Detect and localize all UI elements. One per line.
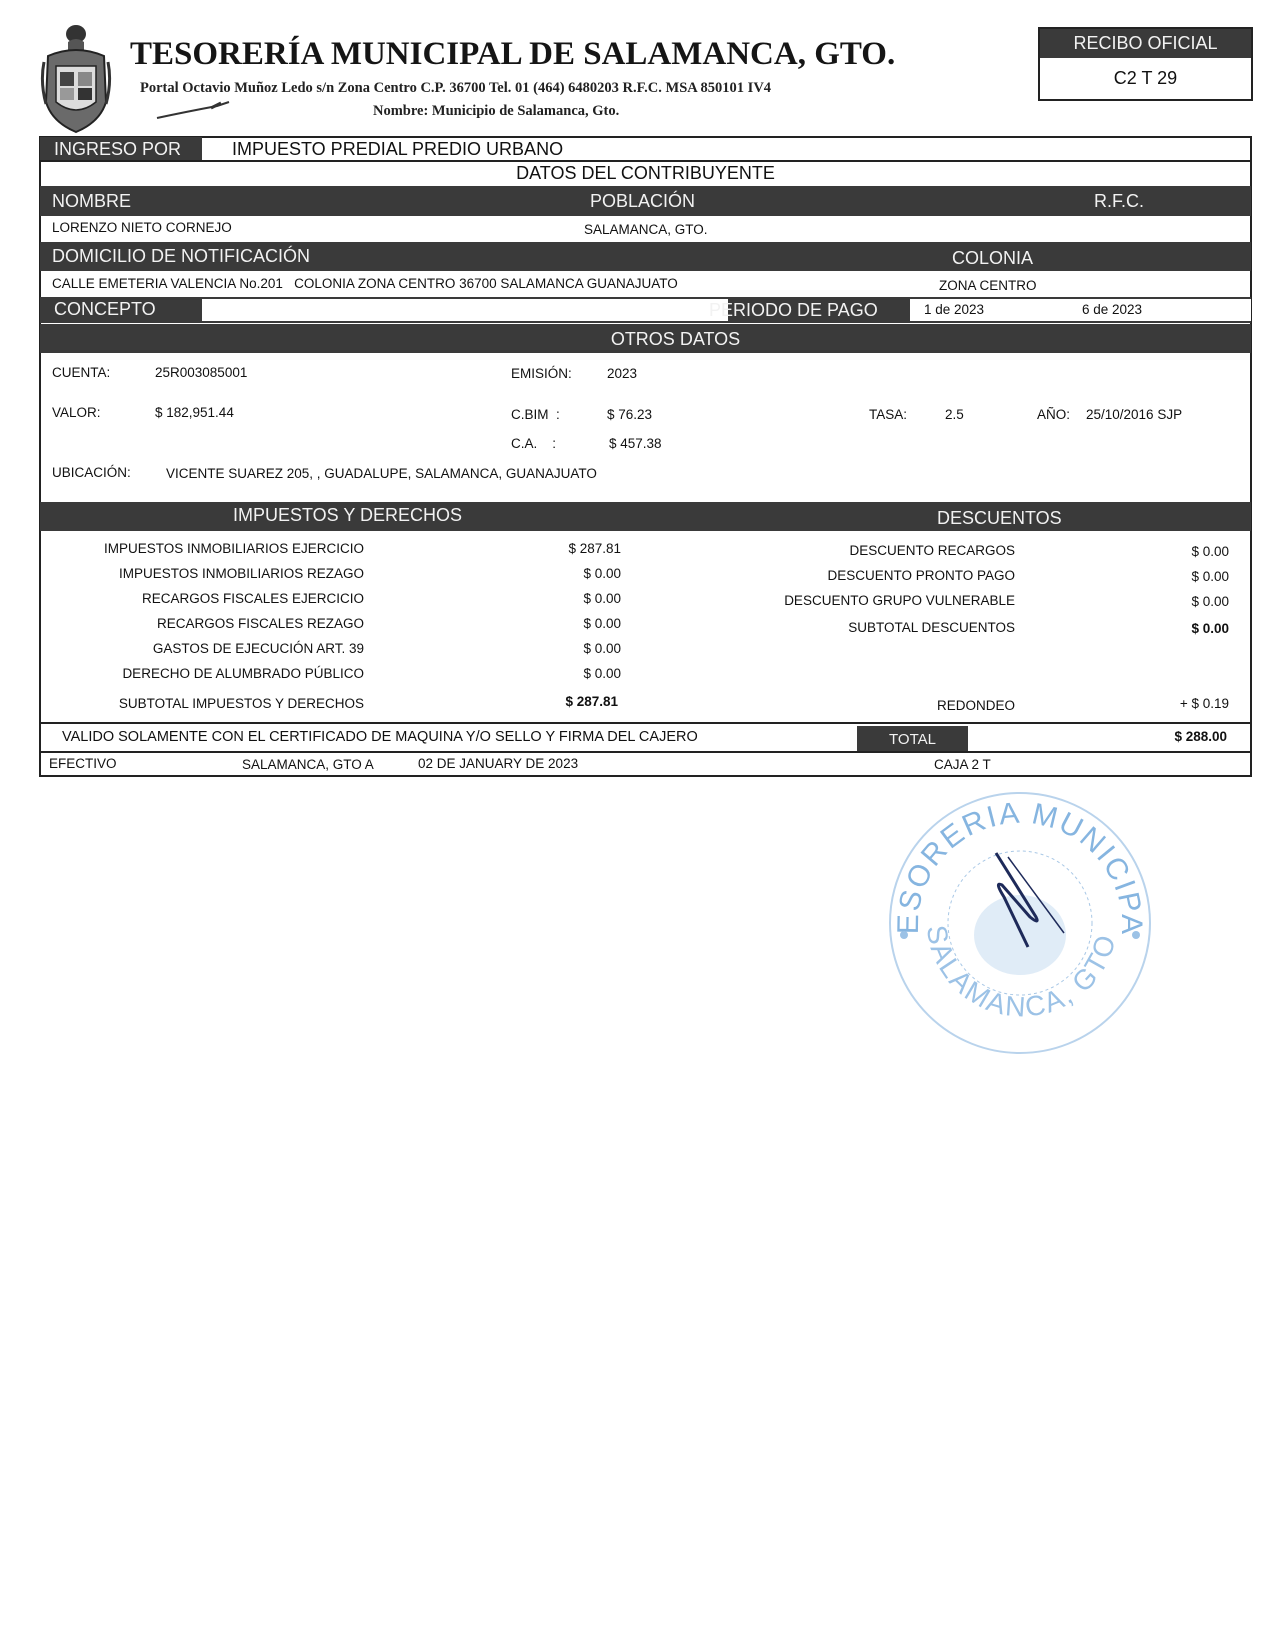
ca-label: C.A. : [511,436,556,451]
emision-value: 2023 [607,366,637,381]
impuesto-item-label: RECARGOS FISCALES REZAGO [157,616,364,631]
impuestos-subtotal-label: SUBTOTAL IMPUESTOS Y DERECHOS [119,696,364,711]
anio-label: AÑO: [1037,407,1070,422]
concepto-label: CONCEPTO [54,299,156,320]
total-value: $ 288.00 [1174,729,1227,744]
caja: CAJA 2 T [934,757,991,772]
domicilio-label: DOMICILIO DE NOTIFICACIÓN [52,246,310,267]
periodo-label: PERIODO DE PAGO [709,300,878,321]
domicilio-value: CALLE EMETERIA VALENCIA No.201 COLONIA Z… [52,276,678,291]
receipt-number: C2 T 29 [1040,58,1251,99]
periodo-inicio: 1 de 2023 [924,302,984,317]
contribuyente-header-row: NOMBRE POBLACIÓN R.F.C. [40,186,1251,216]
ingreso-row: INGRESO POR IMPUESTO PREDIAL PREDIO URBA… [40,137,1251,161]
anio-value: 25/10/2016 SJP [1086,407,1182,422]
descuento-item-value: $ 0.00 [1191,569,1229,584]
impuestos-descuentos-header: IMPUESTOS Y DERECHOS DESCUENTOS [40,502,1251,531]
descuento-item-value: $ 0.00 [1191,594,1229,609]
impuestos-list: IMPUESTOS INMOBILIARIOS EJERCICIO$ 287.8… [40,531,1251,721]
domicilio-header-row: DOMICILIO DE NOTIFICACIÓN COLONIA [40,242,1251,271]
cbim-value: $ 76.23 [607,407,652,422]
cuenta-value: 25R003085001 [155,365,247,380]
ingreso-label: INGRESO POR [40,137,202,161]
descuento-item-label: DESCUENTO GRUPO VULNERABLE [784,593,1015,608]
contribuyente-section-title: DATOS DEL CONTRIBUYENTE [40,161,1251,186]
domicilio-values-row: CALLE EMETERIA VALENCIA No.201 COLONIA Z… [40,271,1251,297]
page-title: TESORERÍA MUNICIPAL DE SALAMANCA, GTO. [130,36,895,73]
treasury-address: Portal Octavio Muñoz Ledo s/n Zona Centr… [140,80,771,97]
emision-label: EMISIÓN: [511,366,572,381]
impuesto-item-value: $ 0.00 [583,566,621,581]
impuestos-section-title: IMPUESTOS Y DERECHOS [233,505,462,526]
municipal-coat-of-arms-icon [40,22,112,134]
descuento-item-value: $ 0.00 [1191,544,1229,559]
nombre-value: LORENZO NIETO CORNEJO [52,220,232,235]
ca-value: $ 457.38 [609,436,662,451]
valor-label: VALOR: [52,405,101,420]
impuesto-item-value: $ 0.00 [583,591,621,606]
ubicacion-label: UBICACIÓN: [52,465,131,480]
validez-row: VALIDO SOLAMENTE CON EL CERTIFICADO DE M… [40,724,1251,751]
redondeo-label: REDONDEO [937,698,1015,713]
colonia-value: ZONA CENTRO [939,278,1037,293]
otros-datos-body: CUENTA: 25R003085001 EMISIÓN: 2023 VALOR… [40,353,1251,502]
poblacion-value: SALAMANCA, GTO. [584,222,708,237]
rfc-label: R.F.C. [1094,191,1144,212]
impuesto-item-label: DERECHO DE ALUMBRADO PÚBLICO [122,666,364,681]
impuestos-subtotal-value: $ 287.81 [565,694,618,709]
fecha: 02 DE JANUARY DE 2023 [418,756,578,771]
impuesto-item-value: $ 0.00 [583,616,621,631]
concepto-row: CONCEPTO PERIODO DE PAGO 1 de 2023 6 de … [40,297,1251,323]
impuesto-item-value: $ 0.00 [583,641,621,656]
lugar: SALAMANCA, GTO A [242,757,374,772]
municipality-name: Nombre: Municipio de Salamanca, Gto. [373,103,619,120]
impuesto-item-label: IMPUESTOS INMOBILIARIOS EJERCICIO [104,541,364,556]
impuesto-item-label: GASTOS DE EJECUCIÓN ART. 39 [153,641,364,656]
descuento-item-label: DESCUENTO PRONTO PAGO [827,568,1015,583]
contribuyente-values-row: LORENZO NIETO CORNEJO SALAMANCA, GTO. [40,216,1251,242]
periodo-field: 1 de 2023 6 de 2023 [910,299,1251,321]
cbim-label: C.BIM : [511,407,560,422]
total-label: TOTAL [857,726,968,751]
descuentos-subtotal-value: $ 0.00 [1191,621,1229,636]
impuesto-item-label: IMPUESTOS INMOBILIARIOS REZAGO [119,566,364,581]
tasa-value: 2.5 [945,407,964,422]
pago-row: EFECTIVO SALAMANCA, GTO A 02 DE JANUARY … [40,753,1251,777]
poblacion-label: POBLACIÓN [590,191,695,212]
receipt-number-box: RECIBO OFICIAL C2 T 29 [1038,27,1253,101]
impuesto-item-value: $ 0.00 [583,666,621,681]
treasury-seal-stamp: TESORERIA MUNICIPAL SALAMANCA, GTO. [878,785,1163,1055]
ingreso-value: IMPUESTO PREDIAL PREDIO URBANO [232,137,563,161]
concepto-field [202,299,728,321]
tasa-label: TASA: [869,407,907,422]
cuenta-label: CUENTA: [52,365,110,380]
impuesto-item-value: $ 287.81 [568,541,621,556]
descuentos-subtotal-label: SUBTOTAL DESCUENTOS [848,620,1015,635]
ubicacion-value: VICENTE SUAREZ 205, , GUADALUPE, SALAMAN… [166,466,597,481]
pen-stroke-mark [155,100,235,122]
redondeo-value: + $ 0.19 [1180,696,1229,711]
colonia-label: COLONIA [952,248,1033,269]
receipt-label: RECIBO OFICIAL [1040,29,1251,58]
valor-value: $ 182,951.44 [155,405,234,420]
periodo-fin: 6 de 2023 [1082,302,1142,317]
validez-text: VALIDO SOLAMENTE CON EL CERTIFICADO DE M… [62,729,698,745]
descuentos-section-title: DESCUENTOS [937,508,1062,529]
nombre-label: NOMBRE [52,191,131,212]
otros-datos-header: OTROS DATOS [40,324,1251,353]
descuento-item-label: DESCUENTO RECARGOS [849,543,1015,558]
forma-pago: EFECTIVO [49,756,117,771]
impuesto-item-label: RECARGOS FISCALES EJERCICIO [142,591,364,606]
